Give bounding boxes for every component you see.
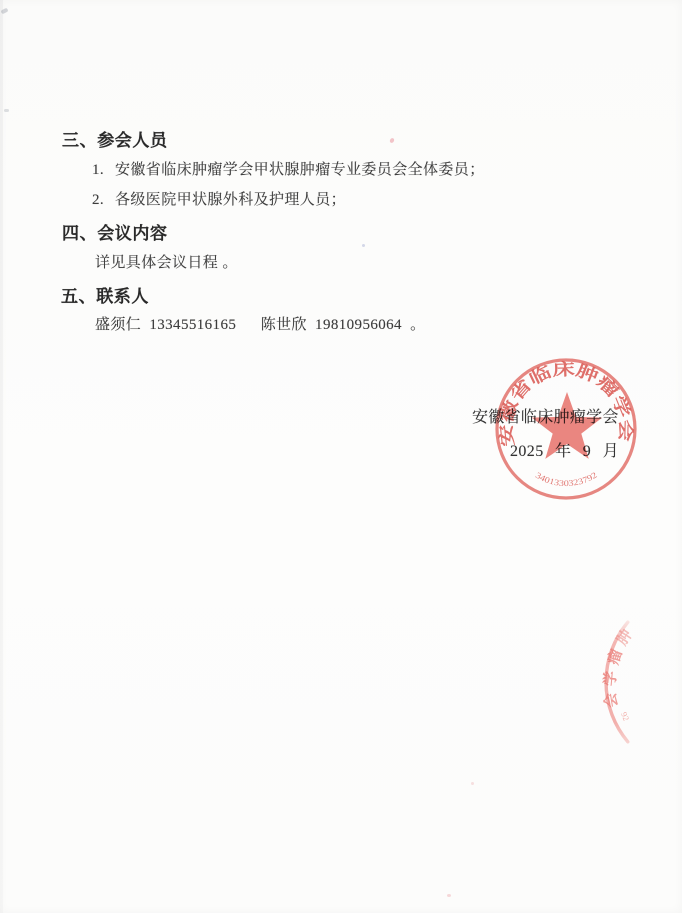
list-item: 2. 各级医院甲状腺外科及护理人员； <box>92 192 512 209</box>
scan-speck <box>362 244 365 247</box>
section-heading-participants: 三、参会人员 <box>62 131 168 151</box>
contact-persons-line: 盛须仁 13345516165 陈世欣 19810956064 。 <box>95 317 426 334</box>
section-heading-agenda: 四、会议内容 <box>62 224 168 244</box>
list-item-text: 各级医院甲状腺外科及护理人员； <box>115 192 346 209</box>
scan-artifact <box>0 8 8 15</box>
section-heading-contacts: 五、联系人 <box>61 287 149 307</box>
partial-seal-char: 学 <box>601 670 620 687</box>
seal-serial-number: 3401330323792 <box>534 470 599 488</box>
scanned-document-page: 三、参会人员 1. 安徽省临床肿瘤学会甲状腺肿瘤专业委员会全体委员； 2. 各级… <box>0 0 682 913</box>
scan-speck <box>389 137 395 143</box>
partial-seal-char: 会 <box>601 691 621 709</box>
list-item-number: 1. <box>92 162 115 179</box>
partial-seal-serial-fragment: 92 <box>619 711 631 723</box>
official-seal-stamp: 安徽省临床肿瘤学会 3401330323792 <box>490 353 644 503</box>
list-item-text: 安徽省临床肿瘤学会甲状腺肿瘤专业委员会全体委员； <box>115 162 485 179</box>
partial-seal-stamp: 肿 瘤 学 会 92 <box>595 600 682 775</box>
partial-seal-char: 肿 <box>613 626 636 648</box>
section-body-agenda: 详见具体会议日程 。 <box>95 255 238 272</box>
scan-artifact <box>4 109 9 112</box>
list-item-number: 2. <box>92 192 115 209</box>
scan-speck <box>447 894 451 897</box>
scan-speck <box>471 782 474 785</box>
list-item: 1. 安徽省临床肿瘤学会甲状腺肿瘤专业委员会全体委员； <box>92 162 512 179</box>
seal-star-icon <box>532 392 602 459</box>
scan-edge-shade <box>0 0 3 913</box>
